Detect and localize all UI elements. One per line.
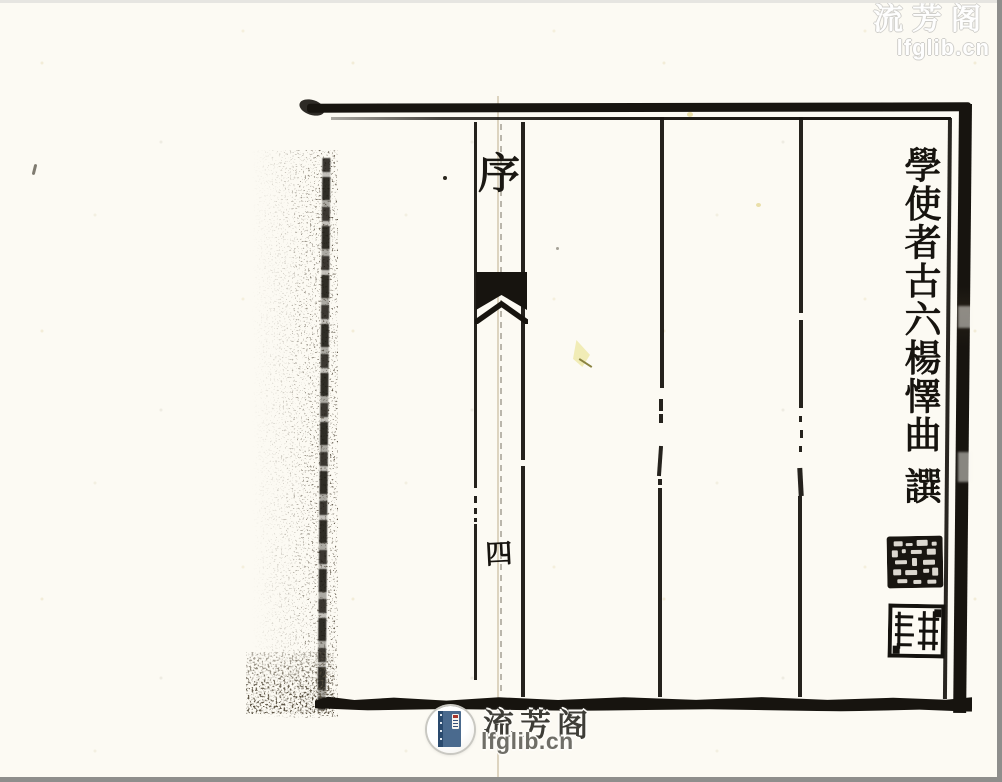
scanned-book-page: 序 四 學使者古六楊懌曲譔	[0, 0, 1002, 782]
scan-edge-top	[0, 0, 1002, 3]
frame-border-top	[307, 102, 971, 112]
column-rule	[797, 468, 803, 496]
ink-speck	[443, 176, 447, 180]
ink-speck	[556, 247, 559, 250]
column-rule	[657, 446, 663, 476]
scan-edge-bottom	[0, 777, 1002, 782]
page-number: 四	[475, 538, 523, 572]
author-text: 學使者古六楊懌曲	[898, 146, 939, 454]
watermark-top: 流芳阁 lfglib.cn	[873, 3, 990, 59]
column-rule	[799, 320, 803, 408]
column-rule	[474, 508, 477, 514]
section-title: 序	[474, 151, 524, 201]
ink-blob	[297, 96, 326, 118]
fishtail-marker-icon	[475, 271, 528, 324]
author-attribution-column: 學使者古六楊懌曲譔	[886, 146, 950, 526]
scan-edge-right	[997, 0, 1002, 782]
frame-border-top-inner	[331, 117, 951, 120]
column-rule	[799, 117, 803, 313]
author-suffix: 譔	[886, 467, 950, 506]
column-rule	[474, 518, 477, 522]
frame-border-right	[953, 104, 972, 713]
center-fold-dotted-line	[500, 124, 502, 694]
frame-border-bottom	[315, 694, 972, 711]
paper-fleck	[687, 112, 693, 117]
border-wear-patch	[958, 452, 972, 482]
column-rule	[659, 399, 663, 411]
paper-fleck	[756, 203, 761, 207]
column-rule	[799, 416, 802, 422]
border-wear-patch	[958, 306, 972, 328]
column-rule	[521, 466, 525, 697]
book-label-text	[453, 720, 458, 727]
column-rule	[658, 479, 662, 485]
seal-stamp-lower-icon	[888, 604, 946, 659]
thread-bound-book-icon	[438, 711, 461, 747]
book-label-seal	[453, 715, 458, 718]
ink-speck	[32, 164, 38, 175]
column-rule	[660, 117, 664, 388]
book-title-label	[452, 714, 459, 729]
column-rule	[798, 496, 802, 697]
seal-stamp-upper-icon	[887, 536, 944, 589]
watermark-logo-circle	[427, 706, 474, 753]
book-stitches	[440, 714, 442, 744]
column-rule	[659, 414, 663, 423]
column-rule	[474, 496, 477, 503]
column-rule	[658, 488, 662, 697]
watermark-top-brand: 流芳阁	[873, 3, 990, 36]
watermark-top-url: lfglib.cn	[873, 36, 990, 59]
watermark-bottom-url: lfglib.cn	[481, 728, 574, 755]
column-rule	[800, 430, 803, 438]
column-rule	[799, 446, 802, 452]
